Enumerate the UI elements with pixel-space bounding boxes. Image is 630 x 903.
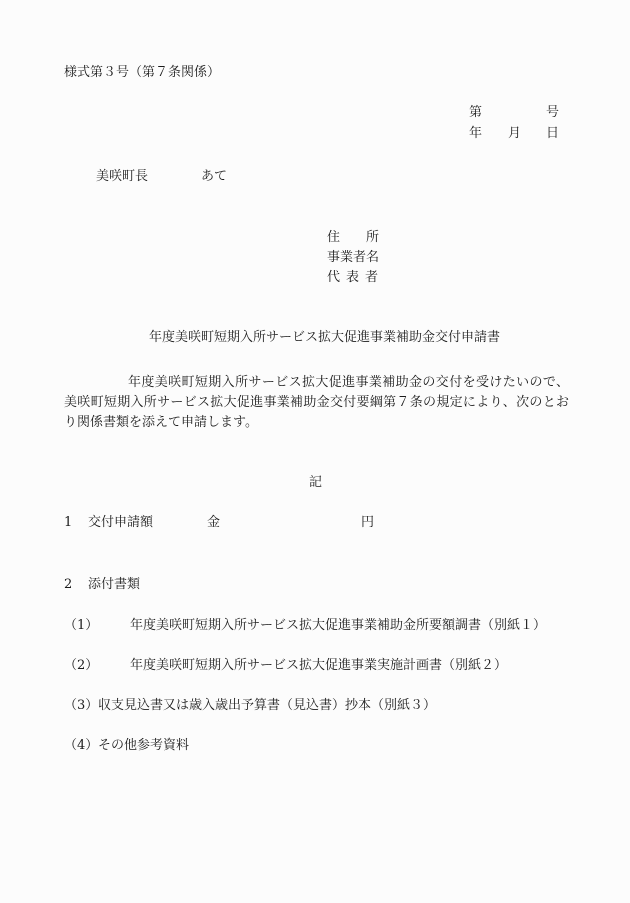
attachment-3-text: 収支見込書又は歳入歳出予算書（見込書）抄本（別紙３） (98, 699, 436, 712)
applicant-address-label: 住所 (327, 231, 379, 244)
address-label-part-2: 所 (366, 230, 379, 245)
document-title: 年度美咲町短期入所サービス拡大促進事業補助金交付申請書 (149, 331, 500, 344)
doc-number-suffix: 号 (546, 106, 559, 119)
attachment-1-number: （1） (64, 619, 98, 632)
date-month-label: 月 (508, 127, 521, 140)
item2-number: 2 (64, 578, 72, 591)
item1-number: 1 (64, 516, 72, 529)
attachment-4-text: その他参考資料 (98, 739, 189, 752)
doc-number-label: 第 (469, 106, 482, 119)
attachment-3-number: （3） (64, 699, 98, 712)
addressee-name: 美咲町長 (96, 170, 148, 183)
applicant-representative-label: 代表者 (327, 271, 384, 284)
attachment-4-number: （4） (64, 739, 98, 752)
ki-heading: 記 (309, 476, 322, 489)
date-day-label: 日 (546, 127, 559, 140)
attachment-2-text: 年度美咲町短期入所サービス拡大促進事業実施計画書（別紙２） (130, 659, 507, 672)
applicant-business-name-label: 事業者名 (327, 251, 379, 264)
attachment-2-number: （2） (64, 659, 98, 672)
item1-label: 交付申請額 (88, 516, 153, 529)
attachment-1-text: 年度美咲町短期入所サービス拡大促進事業補助金所要額調書（別紙１） (130, 619, 546, 632)
body-paragraph: 年度美咲町短期入所サービス拡大促進事業補助金の交付を受けたいので、美咲町短期入所… (64, 373, 569, 433)
item1-amount-prefix: 金 (207, 516, 220, 529)
item1-amount-unit: 円 (361, 516, 374, 529)
address-label-part-1: 住 (327, 230, 340, 245)
item2-label: 添付書類 (88, 578, 140, 591)
form-number: 様式第３号（第７条関係） (64, 66, 220, 79)
date-year-label: 年 (469, 127, 482, 140)
addressee-suffix: あて (201, 170, 227, 183)
